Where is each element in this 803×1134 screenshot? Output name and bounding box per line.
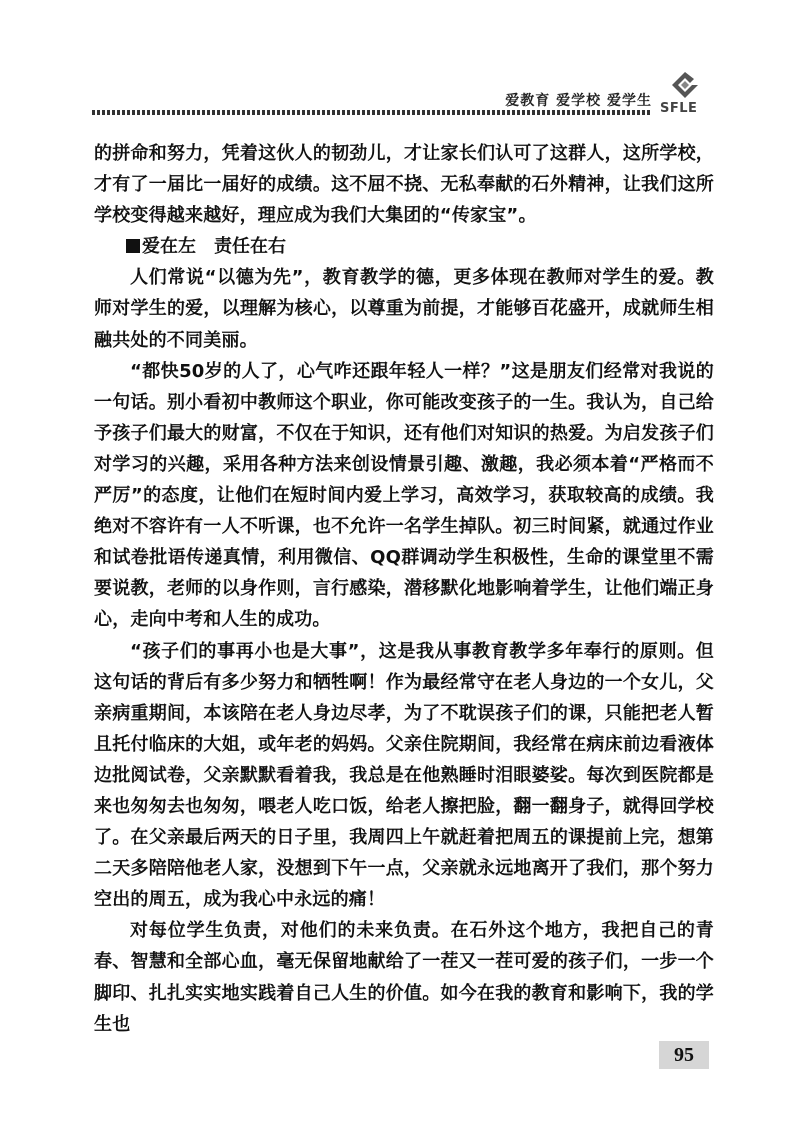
black-square-icon: [126, 239, 140, 253]
logo-text: SFLE: [660, 101, 697, 116]
paragraph: “都快50岁的人了，心气咋还跟年轻人一样？”这是朋友们经常对我说的一句话。别小看…: [94, 356, 714, 636]
paragraph: “孩子们的事再小也是大事”，这是我从事教育教学多年奉行的原则。但这句话的背后有多…: [94, 636, 714, 916]
sfle-logo: SFLE: [658, 70, 712, 120]
sfle-logo-icon: [668, 70, 702, 100]
paragraph: 人们常说“以德为先”，教育教学的德，更多体现在教师对学生的爱。教师对学生的爱，以…: [94, 262, 714, 355]
page-number: 95: [659, 1041, 709, 1069]
header-dotted-rule: [92, 110, 652, 115]
section-heading-text: 爱在左 责任在右: [142, 236, 286, 257]
paragraph: 对每位学生负责，对他们的未来负责。在石外这个地方，我把自己的青春、智慧和全部心血…: [94, 915, 714, 1039]
page-header: 爱教育 爱学校 爱学生 SFLE: [92, 70, 712, 120]
header-slogan: 爱教育 爱学校 爱学生: [505, 90, 652, 110]
paragraph: 的拼命和努力，凭着这伙人的韧劲儿，才让家长们认可了这群人，这所学校，才有了一届比…: [94, 138, 714, 231]
section-heading: 爱在左 责任在右: [94, 231, 714, 262]
article-body: 的拼命和努力，凭着这伙人的韧劲儿，才让家长们认可了这群人，这所学校，才有了一届比…: [94, 138, 714, 1040]
